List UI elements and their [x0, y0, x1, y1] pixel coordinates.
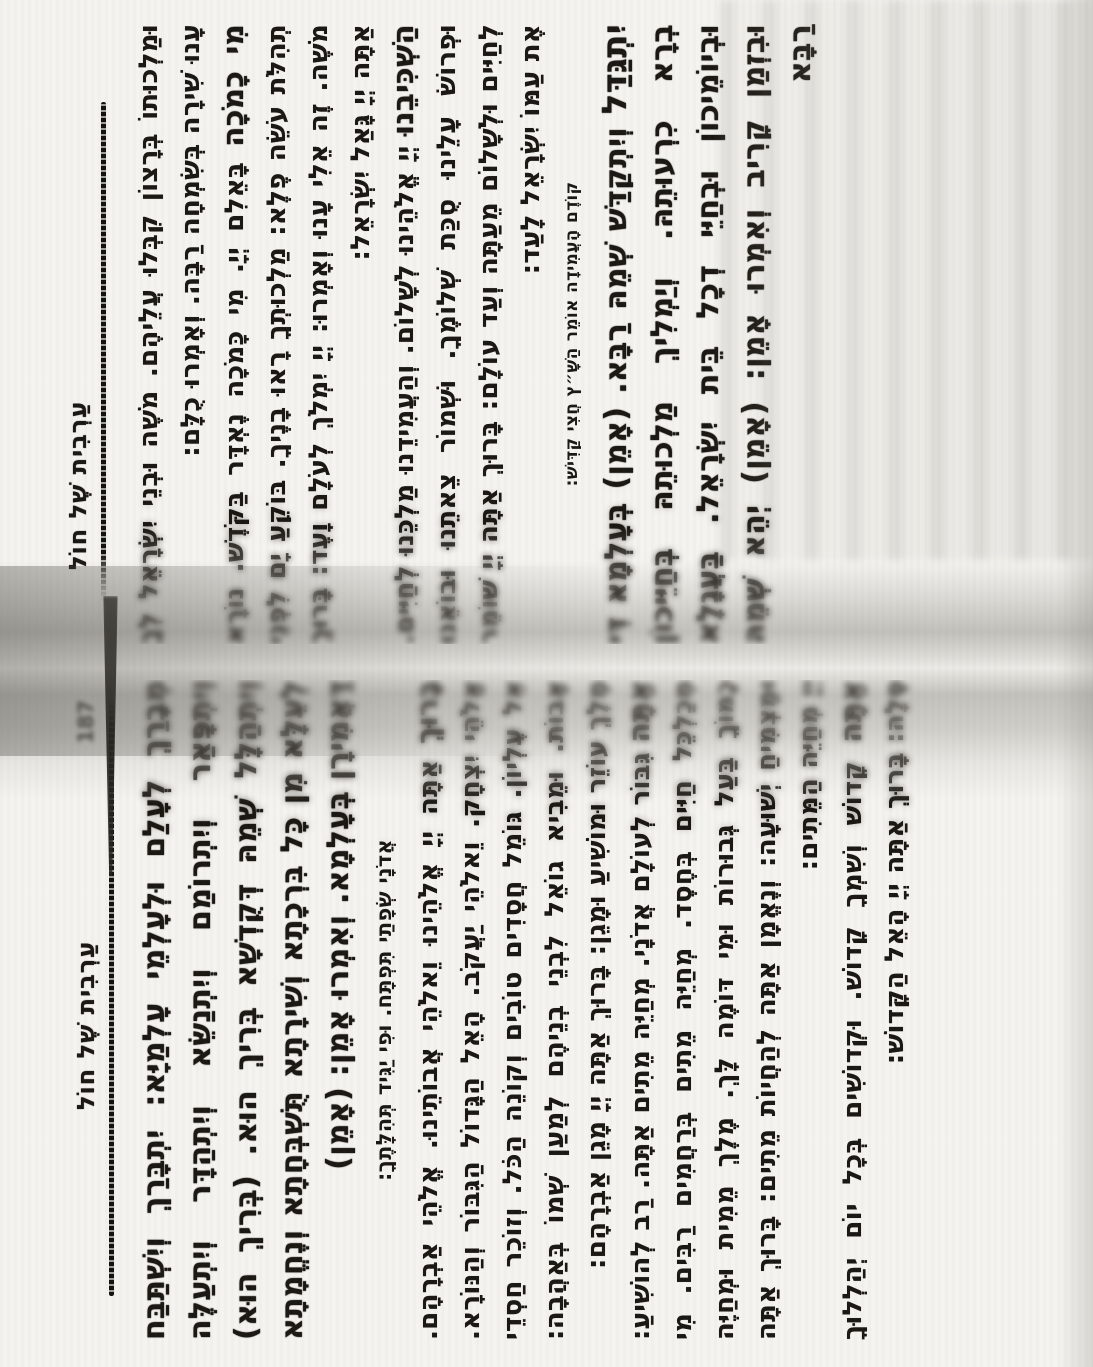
book-scan: עַרְבִית שֶׁל חוֹל וּמַלְכוּתוֹ בְּרָצוֹ…	[0, 0, 1093, 1367]
fold-blur-ghost-layer: מְבָרַךְ לְעָלַם וּלְעָלְמֵי עָלְמַיָּא:…	[132, 680, 1093, 1340]
fold-blur-ghost-layer: וּמַלְכוּתוֹ בְּרָצוֹן קִבְּלוּ עֲלֵיהֶם…	[128, 24, 1093, 644]
left-page-head-rule	[109, 696, 114, 1296]
right-page-header: עַרְבִית שֶׁל חוֹל	[50, 102, 108, 602]
page-number: 187	[74, 700, 98, 744]
right-page-header-title: עַרְבִית שֶׁל חוֹל	[64, 401, 92, 570]
left-page-header-title: עַרְבִית שֶׁל חוֹל	[72, 941, 100, 1110]
right-page-head-rule	[101, 102, 106, 602]
left-page-header: עַרְבִית שֶׁל חוֹל 187	[58, 696, 116, 1296]
